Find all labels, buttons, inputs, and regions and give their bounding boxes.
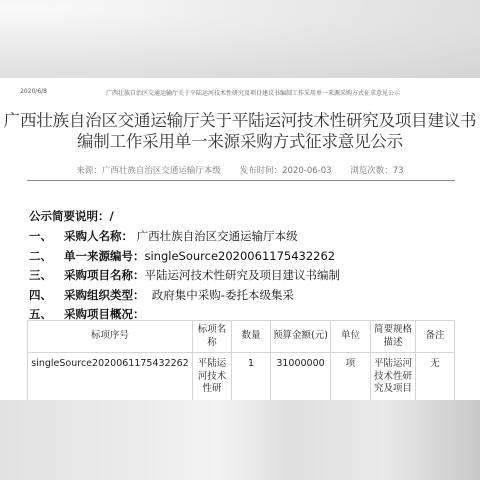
procurement-table: 标项序号 标项名称 数量 预算金额(元) 单位 简要规格描述 备注 single… [27, 320, 455, 400]
article-meta: 来源：广西壮族自治区交通运输厅本级 发布时间：2020-06-03 浏览次数：7… [0, 164, 480, 176]
item-number: 三、 [29, 267, 69, 283]
col-header-item-no: 标项序号 [28, 321, 193, 353]
item-value: 广西壮族自治区交通运输厅本级 [133, 229, 298, 243]
item-number: 一、 [29, 228, 69, 244]
cell-item-name: 平陆运河技术性研 [193, 353, 232, 401]
background-shade-top [0, 0, 480, 78]
item-label: 采购人名称： 广西壮族自治区交通运输厅本级 [64, 228, 298, 244]
cell-quantity: 1 [232, 353, 271, 401]
summary-heading: 公示简要说明：/ [29, 208, 114, 224]
item-number: 二、 [29, 248, 69, 264]
col-header-unit: 单位 [331, 321, 371, 353]
source-label: 来源：广西壮族自治区交通运输厅本级 [76, 166, 221, 176]
cell-unit: 项 [331, 353, 371, 401]
col-header-item-name: 标项名称 [193, 321, 232, 353]
table-row: singleSource2020061175432262 平陆运河技术性研 1 … [28, 353, 455, 401]
item-value: 政府集中采购-委托本级集采 [145, 288, 294, 302]
print-date: 2020/6/8 [20, 88, 47, 95]
item-number: 四、 [29, 287, 69, 303]
divider [27, 180, 455, 181]
cell-budget: 31000000 [271, 353, 331, 401]
background-shade-bottom [0, 400, 480, 480]
item-label: 采购组织类型： 政府集中采购-委托本级集采 [64, 287, 294, 303]
print-header: 2020/6/8 广西壮族自治区交通运输厅关于平陆运河技术性研究及项目建议书编制… [0, 88, 480, 100]
view-count: 浏览次数：73 [350, 166, 403, 176]
cell-remarks: 无 [416, 353, 455, 401]
cell-item-no: singleSource2020061175432262 [28, 353, 193, 401]
item-label: 单一来源编号：singleSource2020061175432262 [64, 248, 335, 264]
page-title: 广西壮族自治区交通运输厅关于平陆运河技术性研究及项目建议书 编制工作采用单一来源… [0, 110, 480, 152]
col-header-budget: 预算金额(元) [271, 321, 331, 353]
col-header-remarks: 备注 [416, 321, 455, 353]
item-label: 采购项目名称：平陆运河技术性研究及项目建议书编制 [64, 267, 340, 283]
item-value: singleSource2020061175432262 [145, 249, 336, 263]
title-line-1: 广西壮族自治区交通运输厅关于平陆运河技术性研究及项目建议书 [0, 110, 480, 131]
publish-time: 发布时间：2020-06-03 [240, 166, 332, 176]
title-line-2: 编制工作采用单一来源采购方式征求意见公示 [0, 131, 480, 152]
col-header-quantity: 数量 [232, 321, 271, 353]
table-header-row: 标项序号 标项名称 数量 预算金额(元) 单位 简要规格描述 备注 [28, 321, 455, 353]
col-header-spec: 简要规格描述 [371, 321, 416, 353]
print-header-title: 广西壮族自治区交通运输厅关于平陆运河技术性研究及项目建议书编制工作采用单一来源采… [106, 88, 400, 97]
document-page: 2020/6/8 广西壮族自治区交通运输厅关于平陆运河技术性研究及项目建议书编制… [0, 78, 480, 400]
cell-spec: 平陆运河技术性研究及项目 [371, 353, 416, 401]
item-value: 平陆运河技术性研究及项目建议书编制 [145, 268, 341, 282]
